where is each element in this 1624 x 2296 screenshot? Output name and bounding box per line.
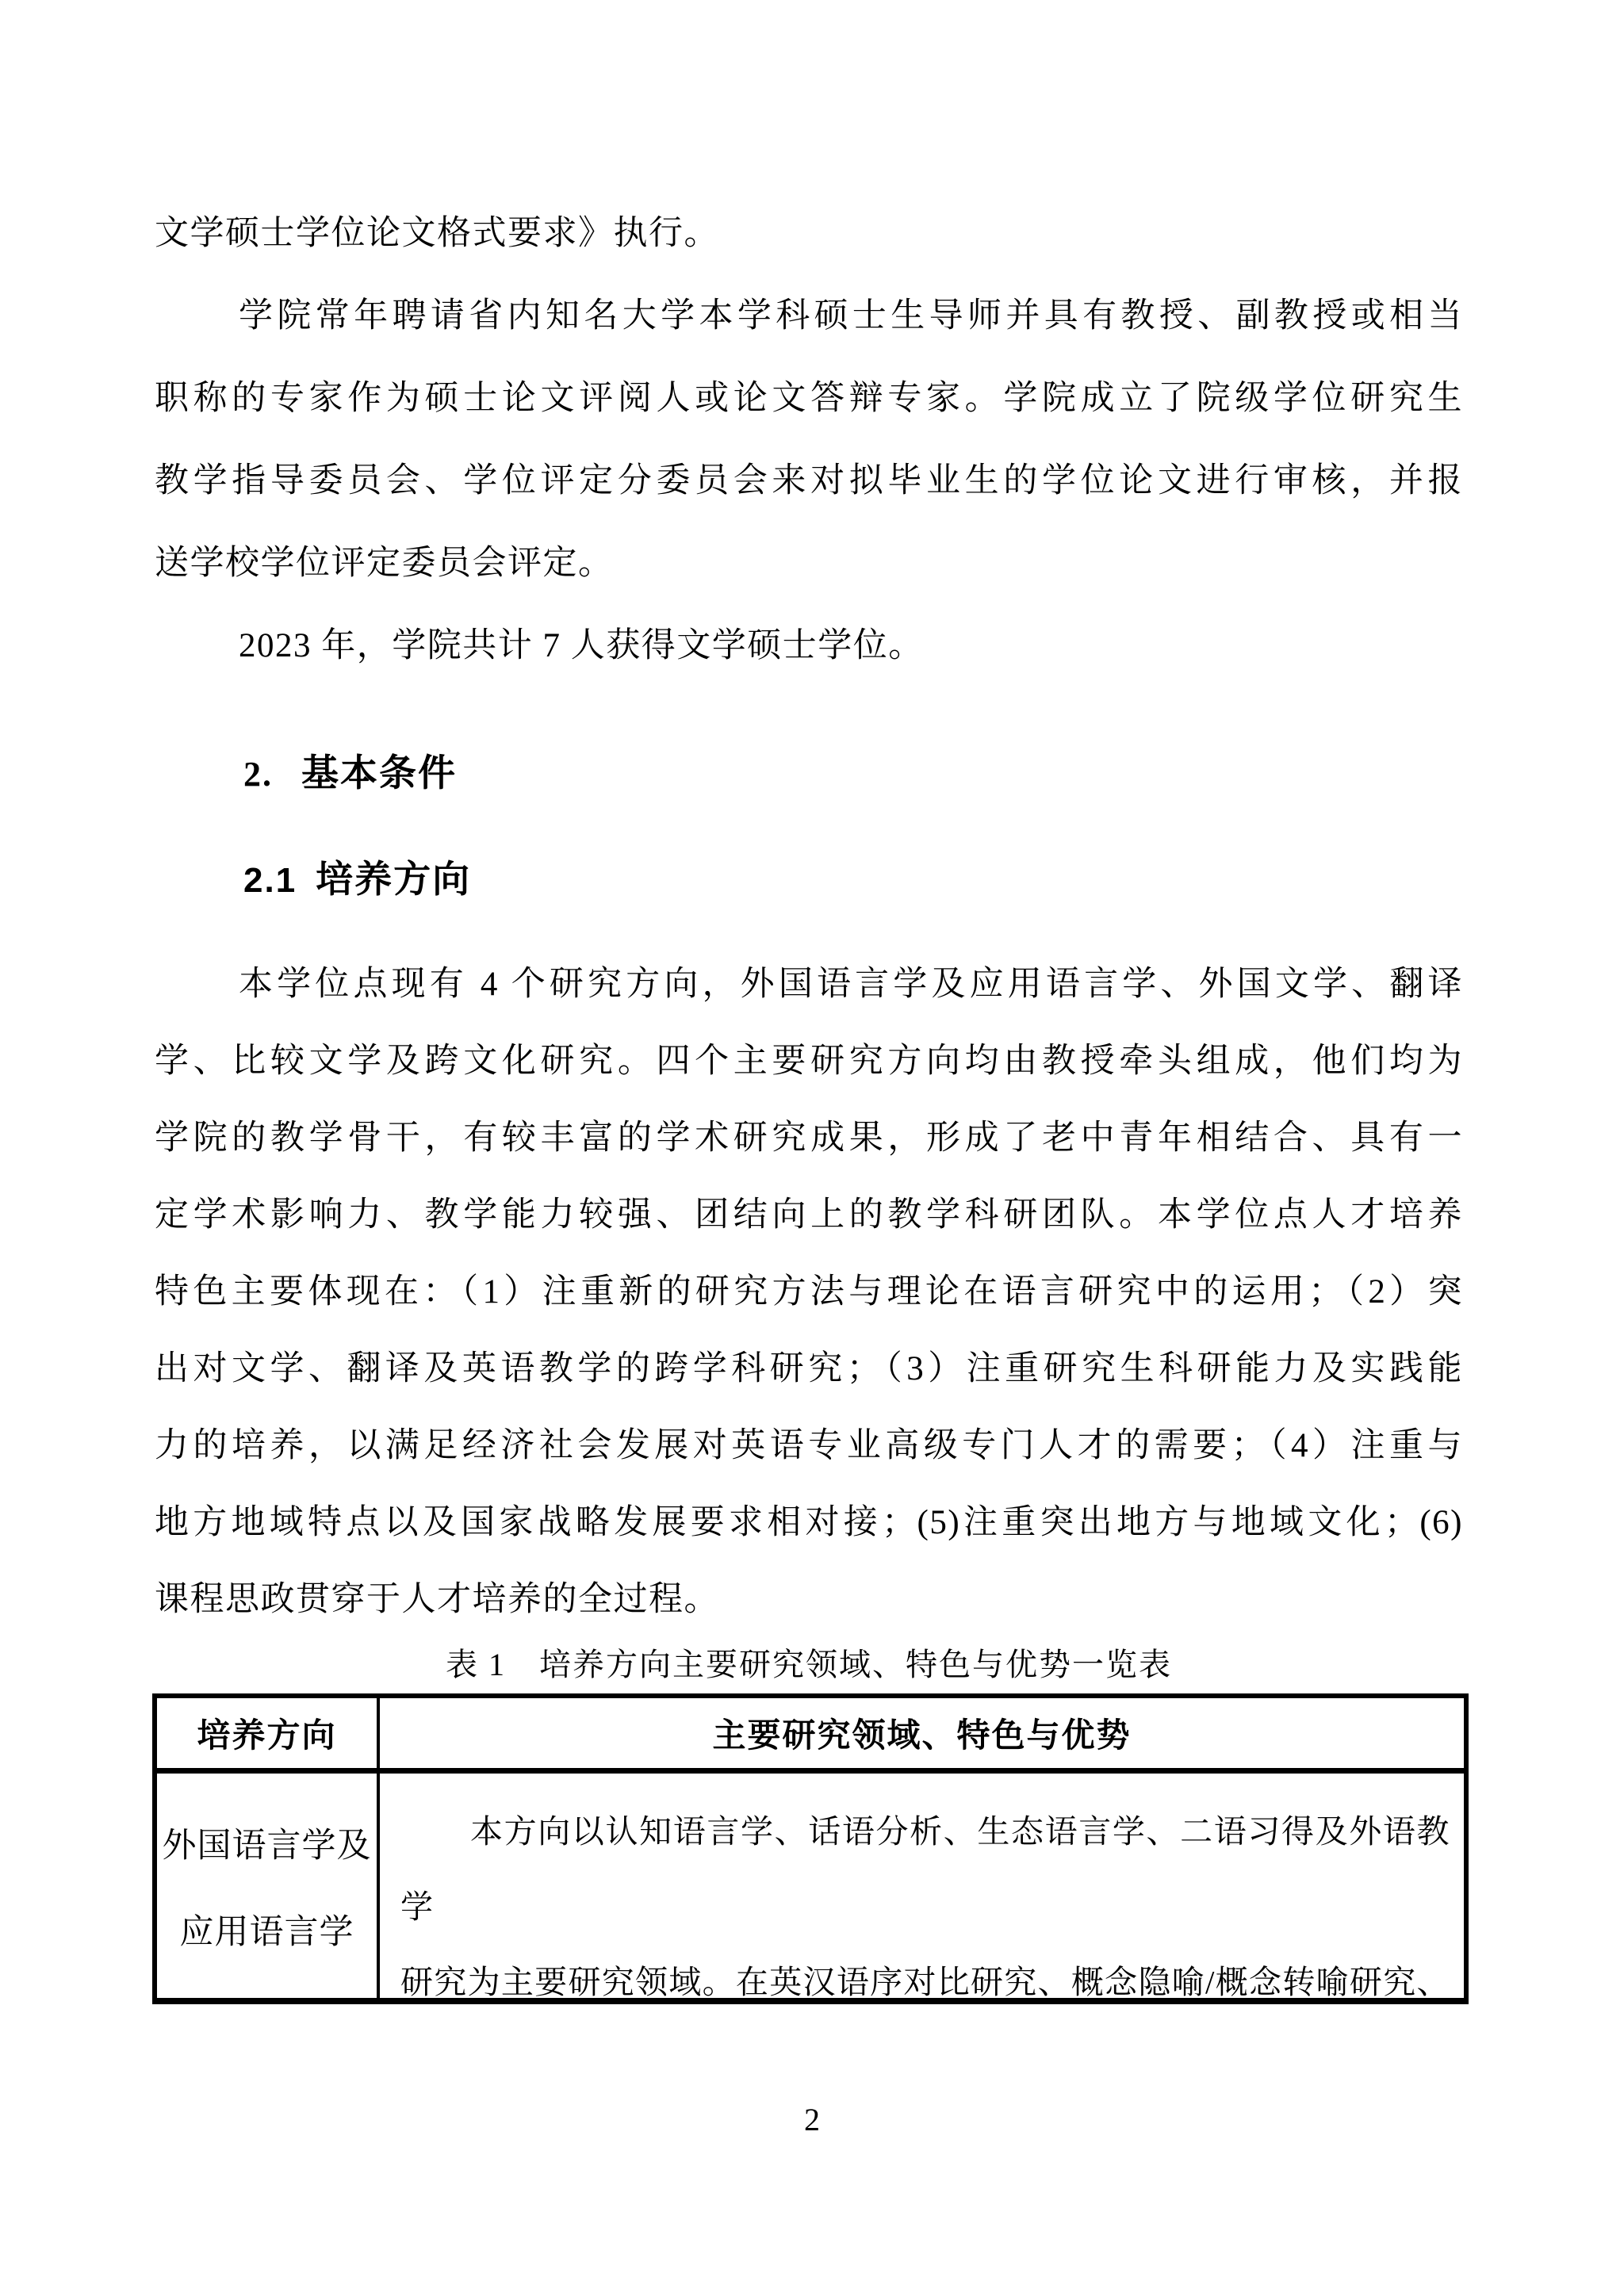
text-line: 学、比较文学及跨文化研究。四个主要研究方向均由教授牵头组成，他们均为: [155, 1023, 1463, 1100]
text-line: 课程思政贯穿于人才培养的全过程。: [155, 1561, 1463, 1638]
paragraph-3: 2023 年，学院共计 7 人获得文学硕士学位。: [155, 605, 1463, 687]
table-header-row: 培养方向 主要研究领域、特色与优势: [157, 1698, 1464, 1774]
content-line: 研究为主要研究领域。在英汉语序对比研究、概念隐喻/概念转喻研究、: [400, 1945, 1450, 1998]
text-line: 学院常年聘请省内知名大学本学科硕士生导师并具有教授、副教授或相当: [155, 275, 1463, 358]
research-content-cell: 本方向以认知语言学、话语分析、生态语言学、二语习得及外语教学 研究为主要研究领域…: [380, 1774, 1464, 1998]
text-line: 文学硕士学位论文格式要求》执行。: [155, 193, 1463, 275]
section-heading-basic-conditions: 2.基本条件: [155, 748, 1463, 798]
document-page: 文学硕士学位论文格式要求》执行。 学院常年聘请省内知名大学本学科硕士生导师并具有…: [0, 0, 1624, 2296]
text-line: 2023 年，学院共计 7 人获得文学硕士学位。: [155, 605, 1463, 687]
table-row: 外国语言学及 应用语言学 本方向以认知语言学、话语分析、生态语言学、二语习得及外…: [157, 1774, 1464, 1998]
text-line: 职称的专家作为硕士论文评阅人或论文答辩专家。学院成立了院级学位研究生: [155, 358, 1463, 440]
text-line: 出对文学、翻译及英语教学的跨学科研究；（3）注重研究生科研能力及实践能: [155, 1330, 1463, 1407]
subsection-heading-training-directions: 2.1培养方向: [155, 854, 1463, 905]
heading-label: 培养方向: [316, 858, 471, 900]
paragraph-1: 文学硕士学位论文格式要求》执行。: [155, 193, 1463, 275]
text-line: 地方地域特点以及国家战略发展要求相对接；(5)注重突出地方与地域文化；(6): [155, 1484, 1463, 1561]
heading-number: 2.1: [243, 861, 297, 900]
table-header-research: 主要研究领域、特色与优势: [380, 1698, 1464, 1768]
text-line: 力的培养，以满足经济社会发展对英语专业高级专门人才的需要；（4）注重与: [155, 1407, 1463, 1484]
heading-label: 基本条件: [301, 752, 457, 794]
paragraph-2: 学院常年聘请省内知名大学本学科硕士生导师并具有教授、副教授或相当 职称的专家作为…: [155, 275, 1463, 605]
text-line: 学院的教学骨干，有较丰富的学术研究成果，形成了老中青年相结合、具有一: [155, 1100, 1463, 1177]
paragraph-4: 本学位点现有 4 个研究方向，外国语言学及应用语言学、外国文学、翻译 学、比较文…: [155, 946, 1463, 1638]
heading-number: 2.: [243, 755, 273, 794]
table-header-direction: 培养方向: [157, 1698, 380, 1768]
content-line: 本方向以认知语言学、话语分析、生态语言学、二语习得及外语教学: [400, 1794, 1450, 1945]
direction-cell: 外国语言学及 应用语言学: [157, 1774, 380, 1998]
direction-line: 外国语言学及: [163, 1819, 372, 1867]
direction-line: 应用语言学: [180, 1905, 354, 1954]
table-caption: 表 1 培养方向主要研究领域、特色与优势一览表: [155, 1644, 1463, 1686]
text-line: 本学位点现有 4 个研究方向，外国语言学及应用语言学、外国文学、翻译: [155, 946, 1463, 1023]
page-number: 2: [0, 2099, 1624, 2141]
text-line: 送学校学位评定委员会评定。: [155, 522, 1463, 605]
text-line: 定学术影响力、教学能力较强、团结向上的教学科研团队。本学位点人才培养: [155, 1177, 1463, 1253]
research-directions-table: 培养方向 主要研究领域、特色与优势 外国语言学及 应用语言学 本方向以认知语言学…: [152, 1693, 1469, 2004]
text-line: 教学指导委员会、学位评定分委员会来对拟毕业生的学位论文进行审核，并报: [155, 440, 1463, 522]
text-line: 特色主要体现在：（1）注重新的研究方法与理论在语言研究中的运用；（2）突: [155, 1253, 1463, 1330]
page-content: 文学硕士学位论文格式要求》执行。 学院常年聘请省内知名大学本学科硕士生导师并具有…: [155, 193, 1463, 2004]
